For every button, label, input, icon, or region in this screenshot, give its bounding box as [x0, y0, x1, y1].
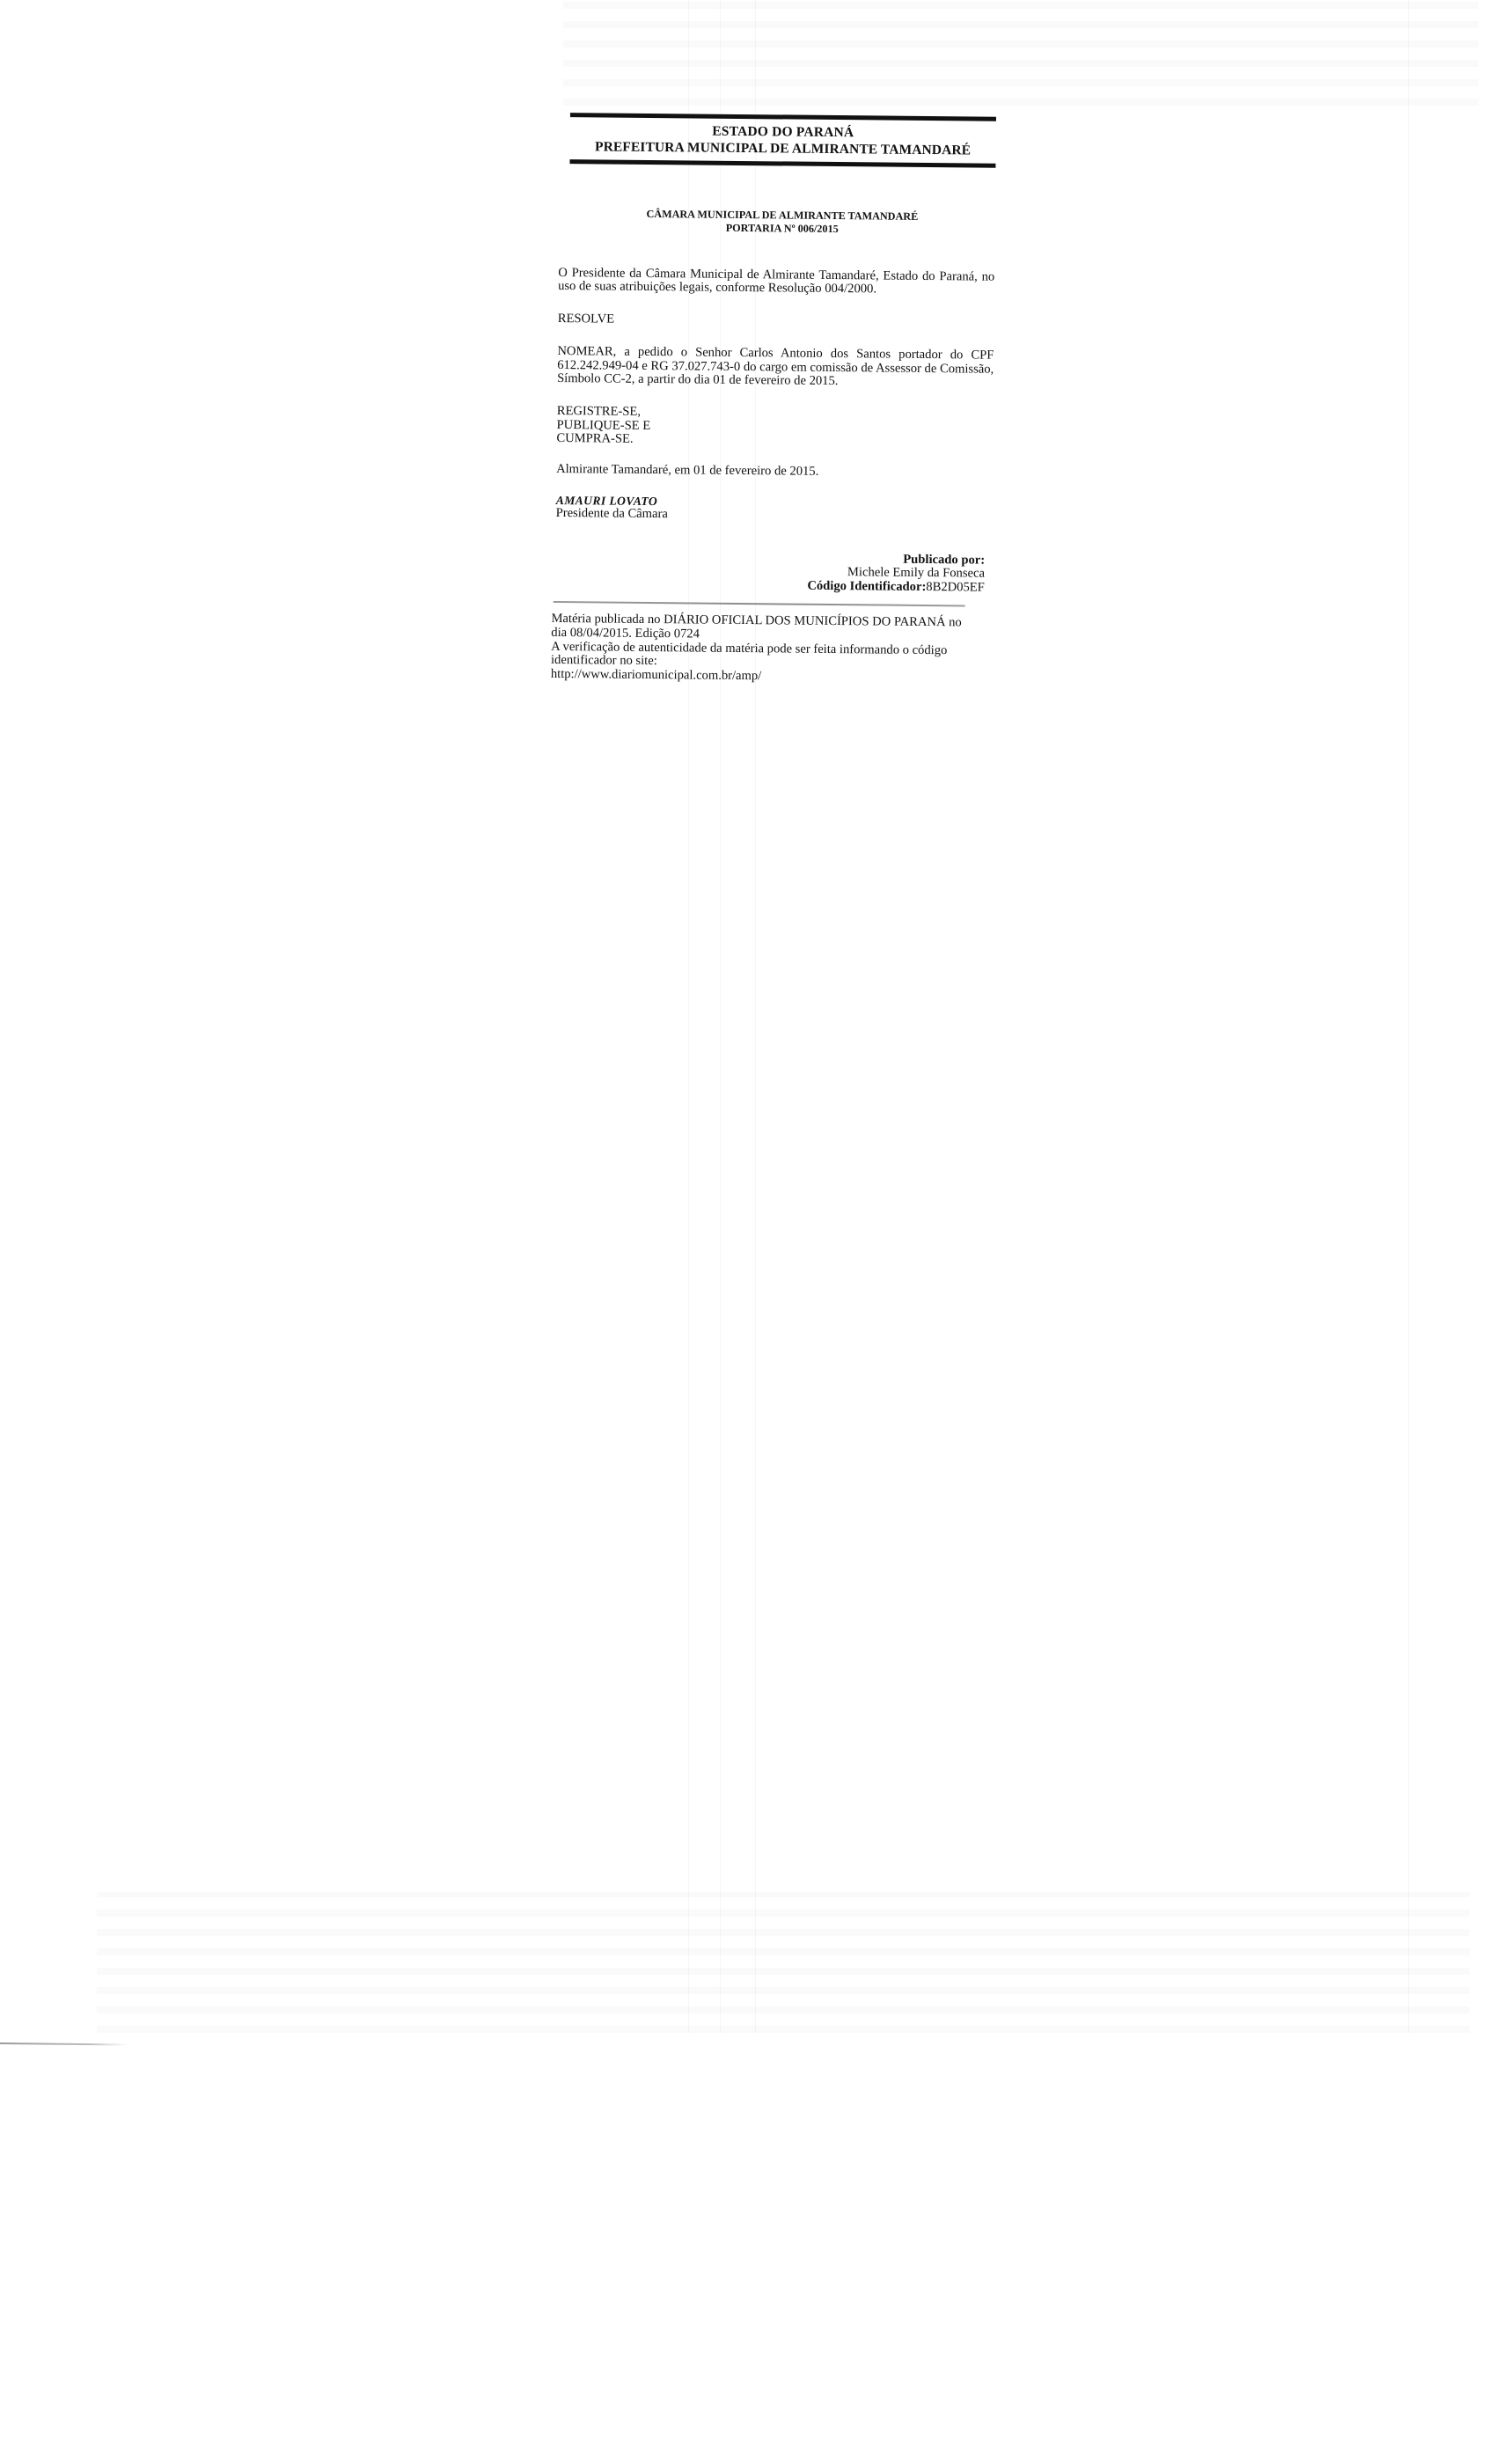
intro-paragraph: O Presidente da Câmara Municipal de Almi… [558, 267, 994, 298]
document-page: ESTADO DO PARANÁ PREFEITURA MUNICIPAL DE… [554, 113, 996, 686]
scan-bleedthrough-top [563, 0, 1478, 106]
document-header: ESTADO DO PARANÁ PREFEITURA MUNICIPAL DE… [560, 122, 996, 159]
resolve-heading: RESOLVE [558, 312, 994, 330]
identifier-code-value: 8B2D05EF [926, 580, 985, 595]
place-date: Almirante Tamandaré, em 01 de fevereiro … [556, 463, 993, 480]
document-body: O Presidente da Câmara Municipal de Almi… [556, 267, 995, 525]
identifier-code-label: Código Identificador: [807, 578, 926, 593]
scan-bleedthrough-bottom [97, 1892, 1470, 2033]
publisher-block: Publicado por: Michele Emily da Fonseca … [555, 550, 992, 595]
footer-separator [554, 601, 965, 606]
document-subheader: CÂMARA MUNICIPAL DE ALMIRANTE TAMANDARÉ … [559, 207, 995, 238]
prefecture-title: PREFEITURA MUNICIPAL DE ALMIRANTE TAMAND… [570, 139, 996, 159]
stray-scan-line [0, 2042, 128, 2046]
header-bottom-rule [569, 159, 995, 168]
publication-footer: Matéria publicada no DIÁRIO OFICIAL DOS … [551, 612, 974, 686]
scan-line [1408, 0, 1409, 2033]
verification-url: http://www.diariomunicipal.com.br/amp/ [551, 668, 973, 686]
appointment-paragraph: NOMEAR, a pedido o Senhor Carlos Antonio… [557, 345, 994, 390]
identifier-code: Código Identificador:8B2D05EF [555, 577, 985, 595]
closing-formula: REGISTRE-SE, PUBLIQUE-SE E CUMPRA-SE. [556, 405, 993, 450]
header-top-rule [570, 113, 996, 121]
signature-block: AMAURI LOVATO Presidente da Câmara [556, 494, 993, 525]
